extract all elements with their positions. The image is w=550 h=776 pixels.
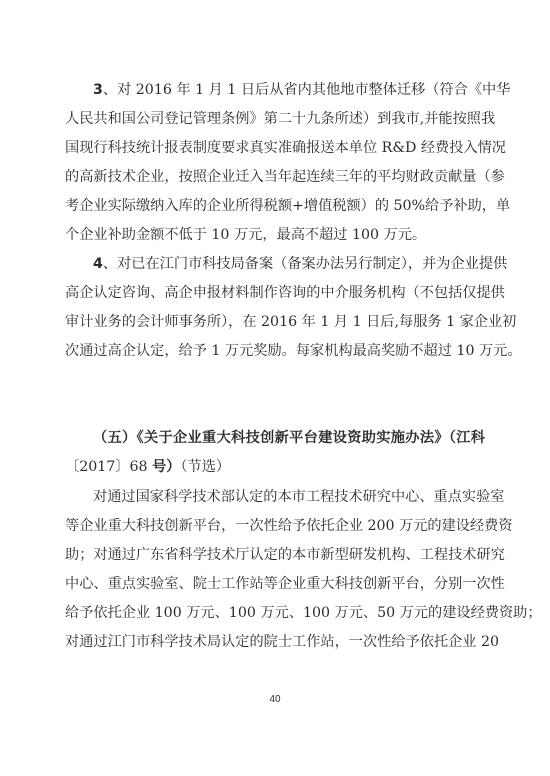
text-line: 审计业务的会计师事务所），在 2016 年 1 月 1 日后,每服务 1 家企业…	[65, 312, 485, 332]
text-line: 高企认定咨询、高企申报材料制作咨询的中介服务机构（不包括仅提供	[65, 283, 485, 303]
text-line: 考企业实际缴纳入库的企业所得税额+增值税额）的 50%给予补助，单	[65, 196, 485, 216]
text-line: 次通过高企认定，给予 1 万元奖励。每家机构最高奖励不超过 10 万元。	[65, 341, 485, 361]
text-line: 3、对 2016 年 1 月 1 日后从省内其他地市整体迁移（符合《中华	[93, 80, 485, 100]
text-line: 对通过国家科学技术部认定的本市工程技术研究中心、重点实验室	[93, 487, 485, 507]
text-line: 人民共和国公司登记管理条例》第二十九条所述）到我市,并能按照我	[65, 109, 485, 129]
item-number: 4	[93, 256, 103, 272]
item-number: 3	[93, 82, 103, 98]
heading-line: 〔2017〕68 号）（节选）	[65, 457, 485, 477]
text-line: 对通过江门市科学技术局认定的院士工作站，一次性给予依托企业 20	[65, 632, 485, 652]
text-line: 中心、重点实验室、院士工作站等企业重大科技创新平台，分别一次性	[65, 574, 485, 594]
heading-line: （五）《关于企业重大科技创新平台建设资助实施办法》（江科	[93, 428, 485, 448]
text-line: 助；对通过广东省科学技术厅认定的本市新型研发机构、工程技术研究	[65, 545, 485, 565]
page-number: 40	[0, 694, 550, 705]
document-page: 3、对 2016 年 1 月 1 日后从省内其他地市整体迁移（符合《中华 人民共…	[0, 0, 550, 776]
text-line: 4、对已在江门市科技局备案（备案办法另行制定），并为企业提供	[93, 254, 485, 274]
text-line: 国现行科技统计报表制度要求真实准确报送本单位 R&D 经费投入情况	[65, 138, 485, 158]
text-line: 等企业重大科技创新平台，一次性给予依托企业 200 万元的建设经费资	[65, 516, 485, 536]
text-line: 给予依托企业 100 万元、100 万元、100 万元、50 万元的建设经费资助…	[65, 603, 485, 623]
text-line: 的高新技术企业，按照企业迁入当年起连续三年的平均财政贡献量（参	[65, 167, 485, 187]
text-line: 个企业补助金额不低于 10 万元，最高不超过 100 万元。	[65, 225, 485, 245]
